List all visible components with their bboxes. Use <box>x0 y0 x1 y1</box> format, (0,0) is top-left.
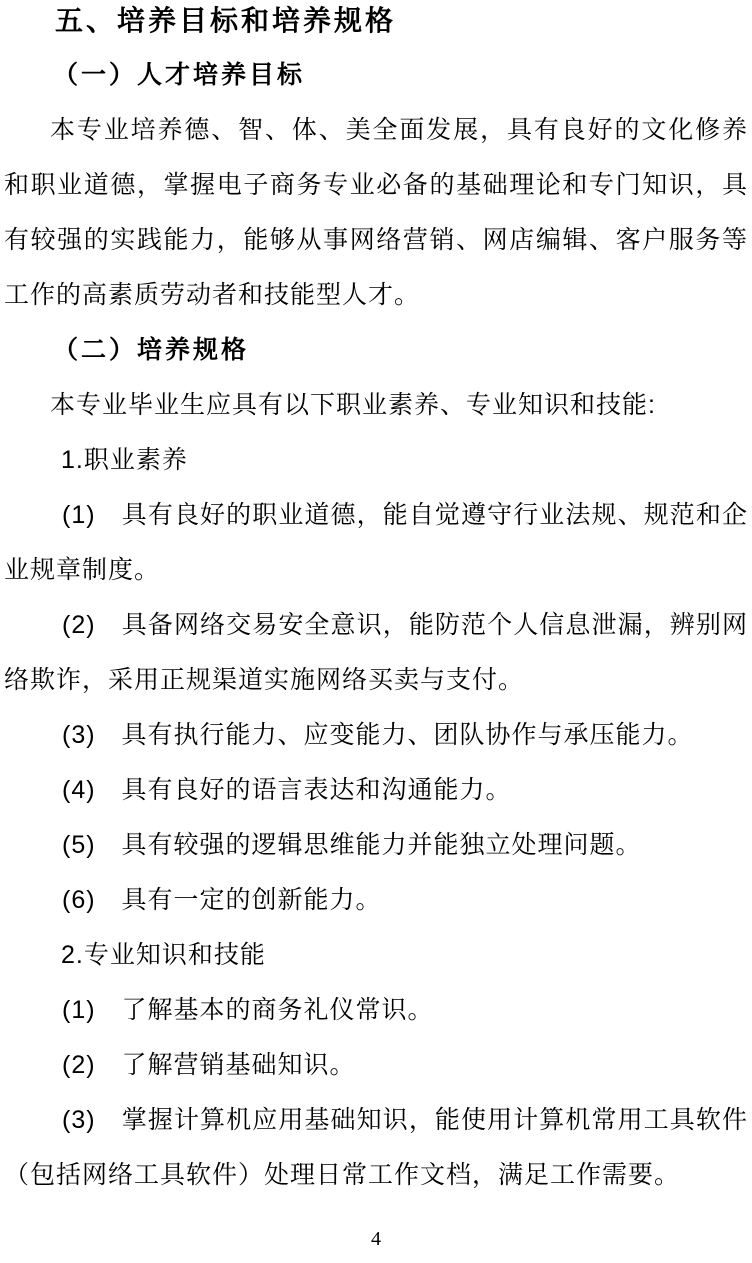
document-content: 五、培养目标和培养规格 （一）人才培养目标 本专业培养德、智、体、美全面发展，具… <box>0 0 752 1203</box>
group-title-professional-quality: 1.职业素养 <box>61 433 748 488</box>
list-item-quality-3: (3) 具有执行能力、应变能力、团队协作与承压能力。 <box>4 708 748 763</box>
document-page: 五、培养目标和培养规格 （一）人才培养目标 本专业培养德、智、体、美全面发展，具… <box>0 0 752 1263</box>
list-item-skill-1: (1) 了解基本的商务礼仪常识。 <box>4 983 748 1038</box>
paragraph-training-objective: 本专业培养德、智、体、美全面发展，具有良好的文化修养和职业道德，掌握电子商务专业… <box>4 103 748 323</box>
list-item-quality-2: (2) 具备网络交易安全意识，能防范个人信息泄漏，辨别网络欺诈，采用正规渠道实施… <box>4 598 748 708</box>
list-item-quality-1: (1) 具有良好的职业道德，能自觉遵守行业法规、规范和企业规章制度。 <box>4 488 748 598</box>
subsection-title-talent-objective: （一）人才培养目标 <box>53 48 748 103</box>
subsection-title-training-spec: （二）培养规格 <box>53 323 748 378</box>
list-item-quality-6: (6) 具有一定的创新能力。 <box>4 873 748 928</box>
list-item-quality-4: (4) 具有良好的语言表达和沟通能力。 <box>4 763 748 818</box>
list-item-skill-2: (2) 了解营销基础知识。 <box>4 1038 748 1093</box>
group-title-knowledge-skills: 2.专业知识和技能 <box>61 928 748 983</box>
paragraph-spec-intro: 本专业毕业生应具有以下职业素养、专业知识和技能: <box>4 378 748 433</box>
page-number: 4 <box>0 1228 752 1251</box>
section-heading: 五、培养目标和培养规格 <box>55 0 748 48</box>
list-item-skill-3: (3) 掌握计算机应用基础知识，能使用计算机常用工具软件（包括网络工具软件）处理… <box>4 1093 748 1203</box>
list-item-quality-5: (5) 具有较强的逻辑思维能力并能独立处理问题。 <box>4 818 748 873</box>
